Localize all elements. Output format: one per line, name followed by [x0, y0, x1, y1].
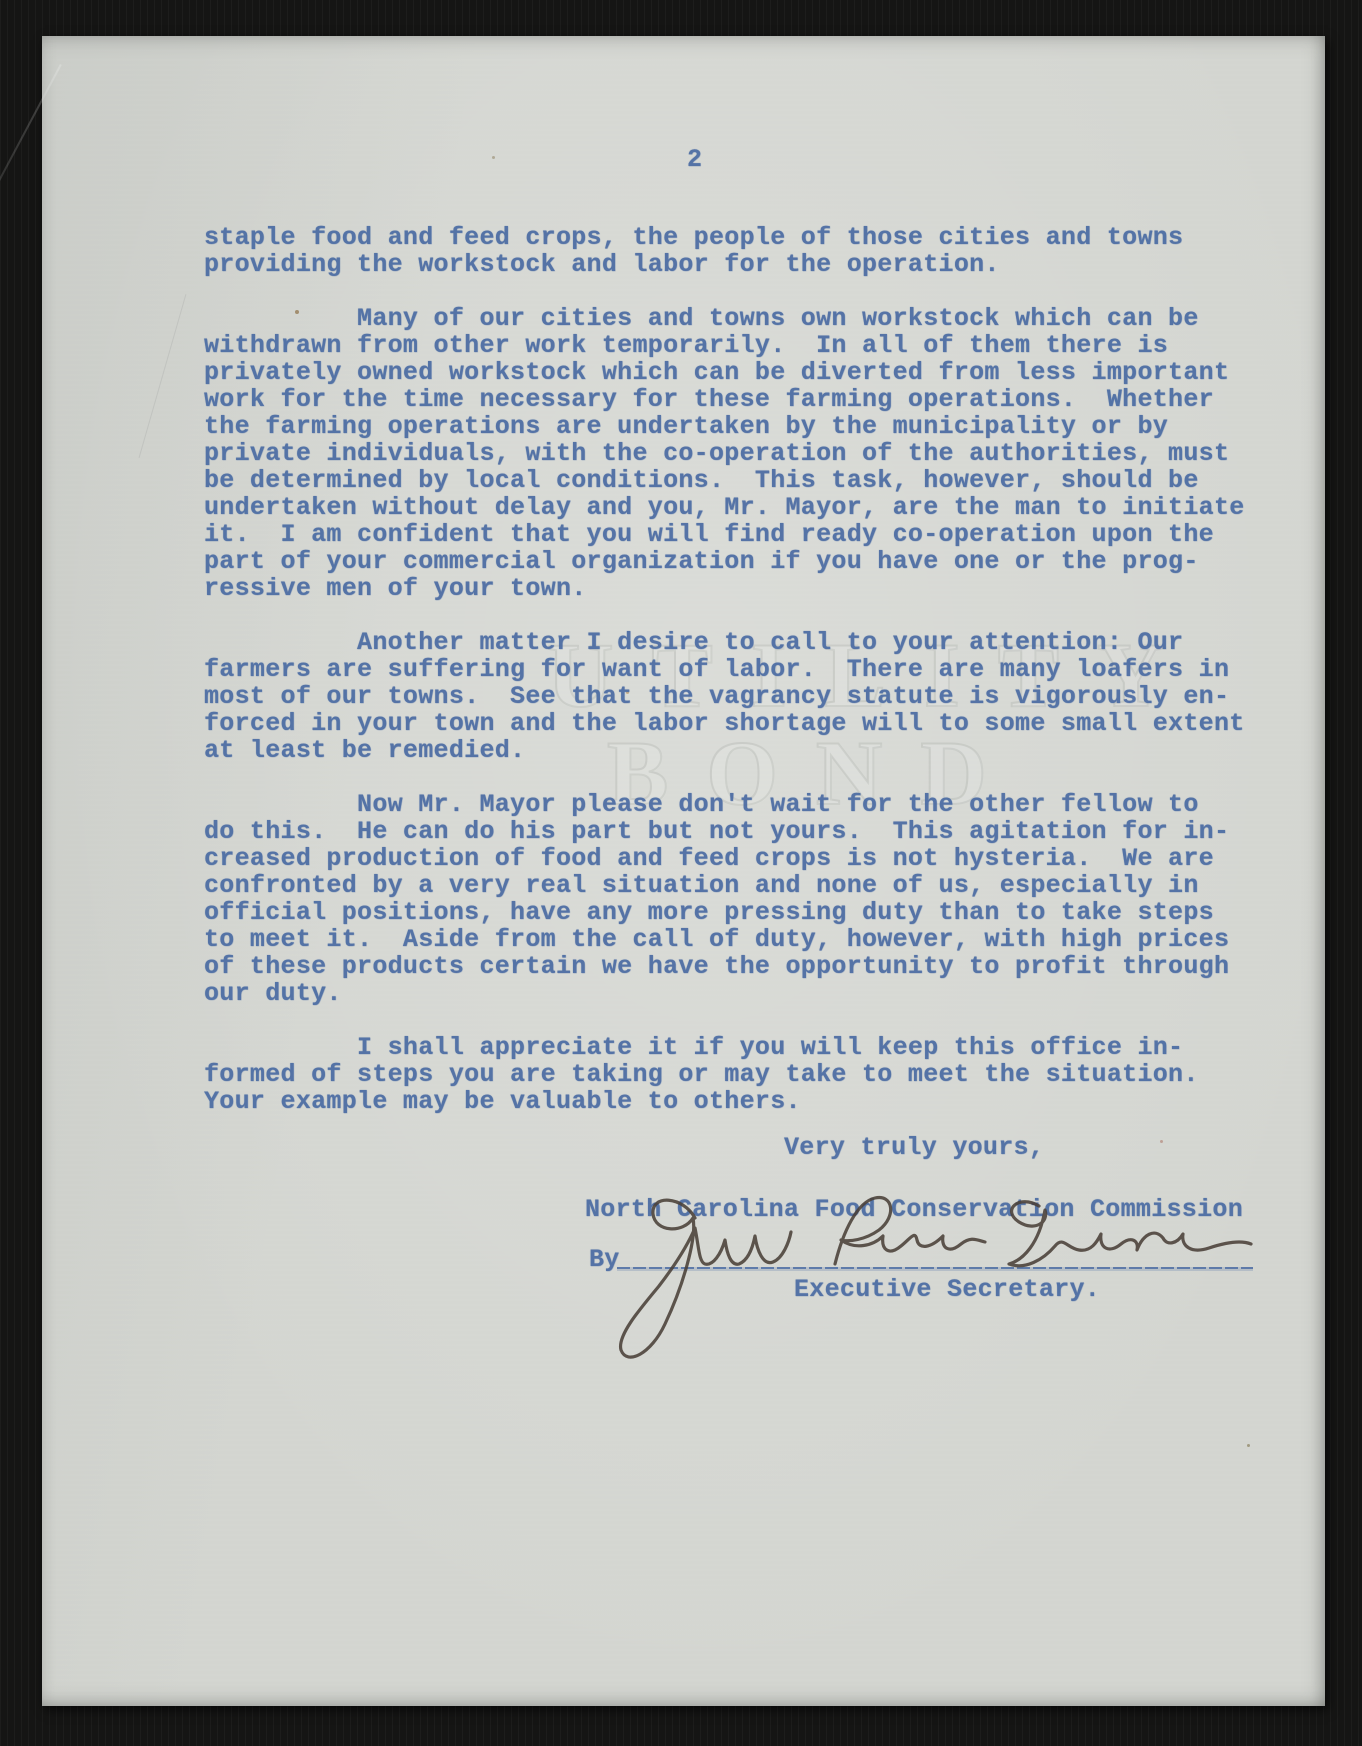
scan-background: { "page": { "number": "2", "watermark_li… — [0, 0, 1362, 1746]
paper-crease — [139, 294, 187, 458]
closing-salutation: Very truly yours, — [784, 1134, 1044, 1161]
letter-body: staple food and feed crops, the people o… — [204, 224, 1245, 1115]
signature-stroke-paul — [835, 1198, 985, 1264]
signature-stroke-lucas — [1009, 1202, 1251, 1266]
letter-page: UTILITY BOND 2 staple food and feed crop… — [42, 36, 1325, 1706]
signature-stroke-john — [621, 1200, 791, 1357]
paper-crease — [0, 64, 62, 277]
page-number: 2 — [687, 146, 702, 173]
dust-speck — [1160, 1140, 1163, 1143]
dust-speck — [492, 156, 495, 159]
dust-speck — [1247, 1444, 1250, 1447]
signer-title: Executive Secretary. — [794, 1276, 1100, 1303]
